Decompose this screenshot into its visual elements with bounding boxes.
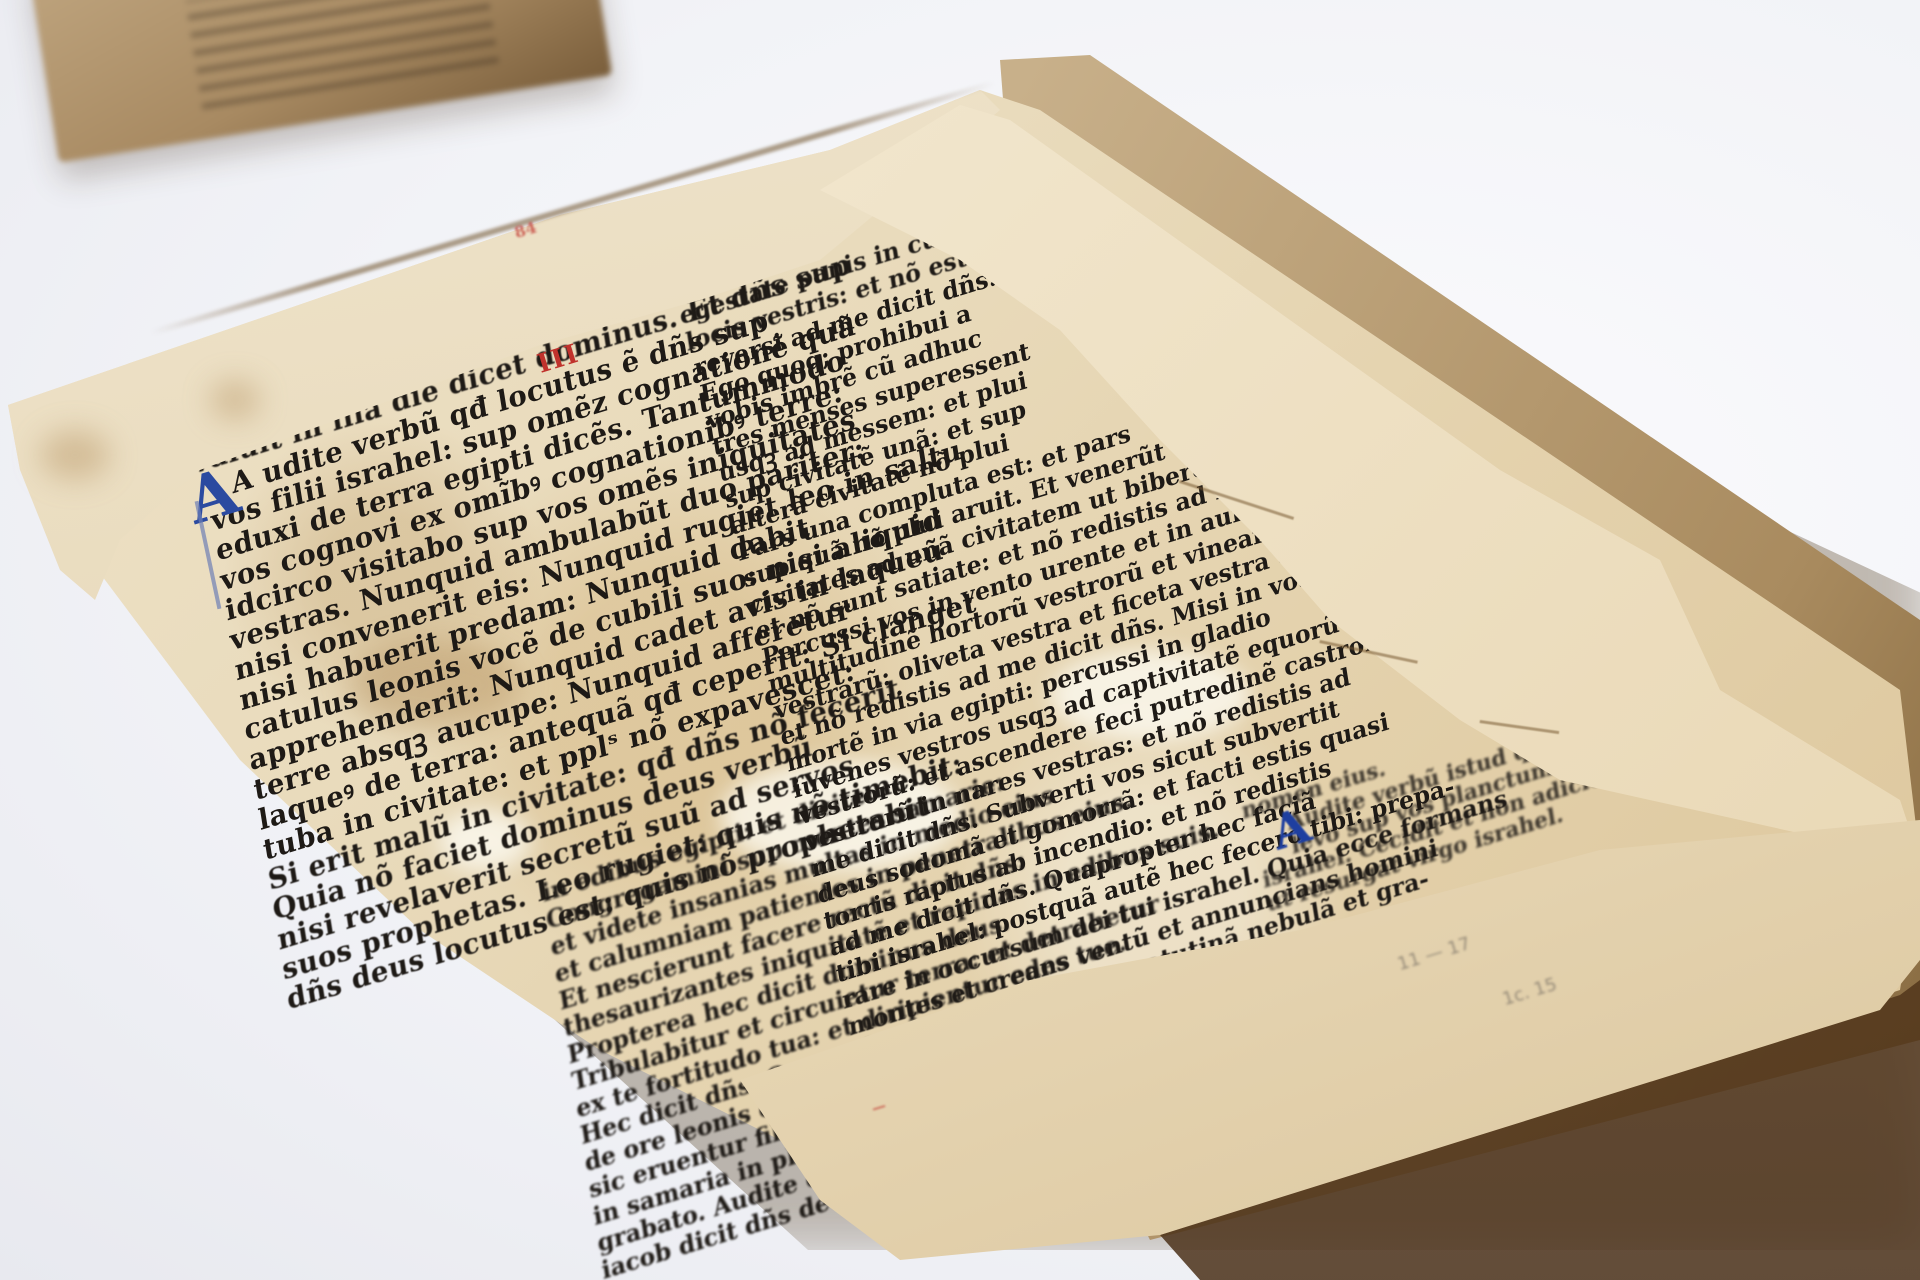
photo-scene: t e s a i u m b o a n s d i u s vdiuit i… — [0, 0, 1920, 1280]
manuscript-leaf: t e s a i u m b o a n s d i u s vdiuit i… — [0, 0, 1920, 1280]
